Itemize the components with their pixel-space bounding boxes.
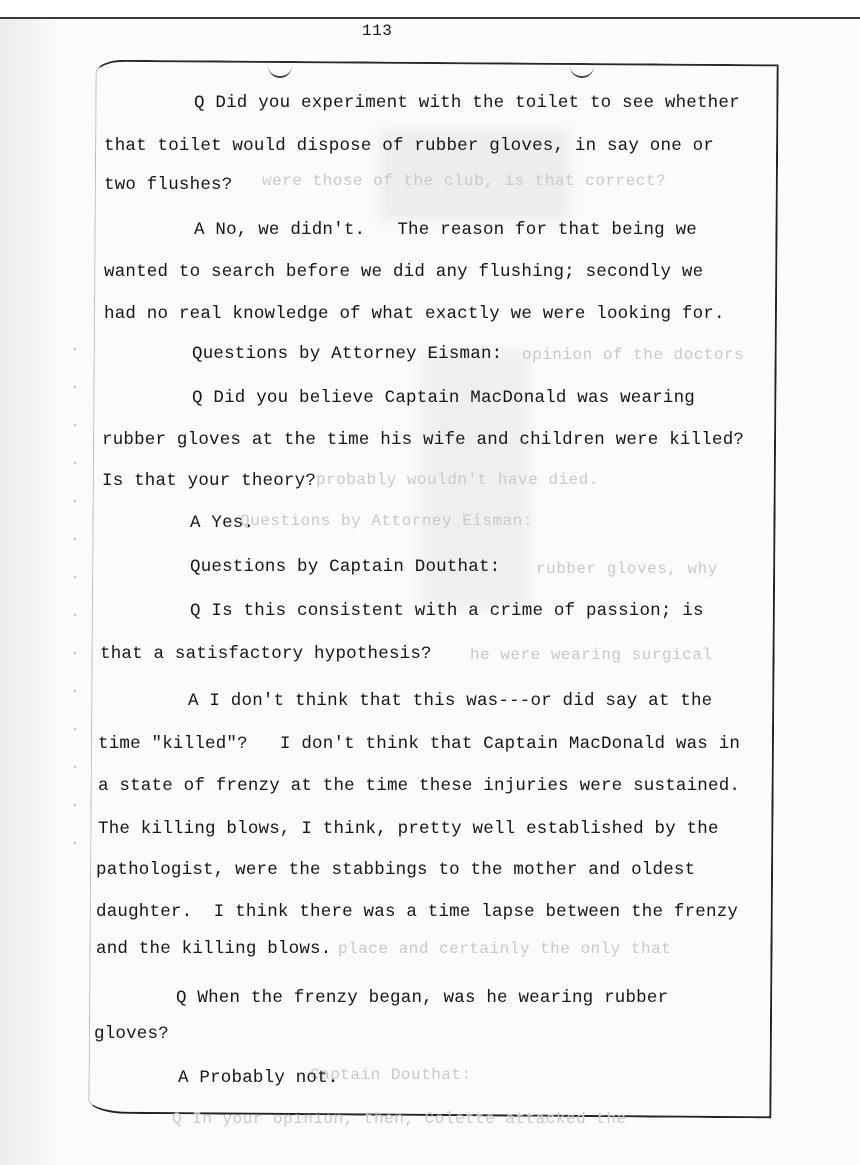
bleed-through-text: place and certainly the only that	[338, 940, 671, 958]
transcript-frame	[88, 60, 778, 1119]
transcript-line: wanted to search before we did any flush…	[104, 262, 703, 282]
transcript-line: A Probably not.	[178, 1068, 339, 1088]
transcript-line: two flushes?	[104, 175, 232, 195]
transcript-line: and the killing blows.	[96, 939, 331, 959]
scan-left-shadow	[0, 19, 60, 1165]
transcript-line: A Yes.	[190, 513, 254, 533]
transcript-line: that toilet would dispose of rubber glov…	[104, 136, 714, 156]
page-number: 113	[362, 22, 392, 40]
transcript-line: Is that your theory?	[102, 471, 316, 491]
transcript-line: Questions by Attorney Eisman:	[192, 344, 502, 364]
bleed-through-text: probably wouldn't have died.	[316, 471, 599, 489]
transcript-line: The killing blows, I think, pretty well …	[98, 819, 719, 839]
transcript-line: Q When the frenzy began, was he wearing …	[176, 988, 668, 1008]
transcript-line: A No, we didn't. The reason for that bei…	[194, 220, 697, 240]
transcript-line: time "killed"? I don't think that Captai…	[98, 734, 740, 754]
bleed-through-text: were those of the club, is that correct?	[262, 172, 666, 190]
bleed-through-text: he were wearing surgical	[470, 646, 712, 664]
transcript-line: A I don't think that this was---or did s…	[188, 691, 712, 711]
bleed-through-text: Questions by Attorney Eisman:	[240, 512, 533, 530]
transcript-line: Questions by Captain Douthat:	[190, 557, 500, 577]
bleed-through-text: rubber gloves, why	[536, 560, 718, 578]
transcript-line: gloves?	[94, 1024, 169, 1044]
bleed-through-text: Q In your opinion, then, Colette attacke…	[172, 1110, 627, 1128]
transcript-line: daughter. I think there was a time lapse…	[96, 902, 738, 922]
transcript-line: rubber gloves at the time his wife and c…	[102, 430, 744, 450]
transcript-line: that a satisfactory hypothesis?	[100, 644, 432, 664]
transcript-line: pathologist, were the stabbings to the m…	[96, 860, 695, 880]
bleed-through-text: opinion of the doctors	[522, 346, 744, 364]
transcript-line: had no real knowledge of what exactly we…	[104, 304, 725, 324]
transcript-line: a state of frenzy at the time these inju…	[98, 776, 740, 796]
transcript-line: Q Did you believe Captain MacDonald was …	[192, 388, 695, 408]
binding-margin-marks	[72, 330, 78, 850]
scan-top-edge	[0, 0, 860, 19]
transcript-line: Q Did you experiment with the toilet to …	[194, 93, 740, 113]
transcript-line: Q Is this consistent with a crime of pas…	[190, 601, 704, 621]
